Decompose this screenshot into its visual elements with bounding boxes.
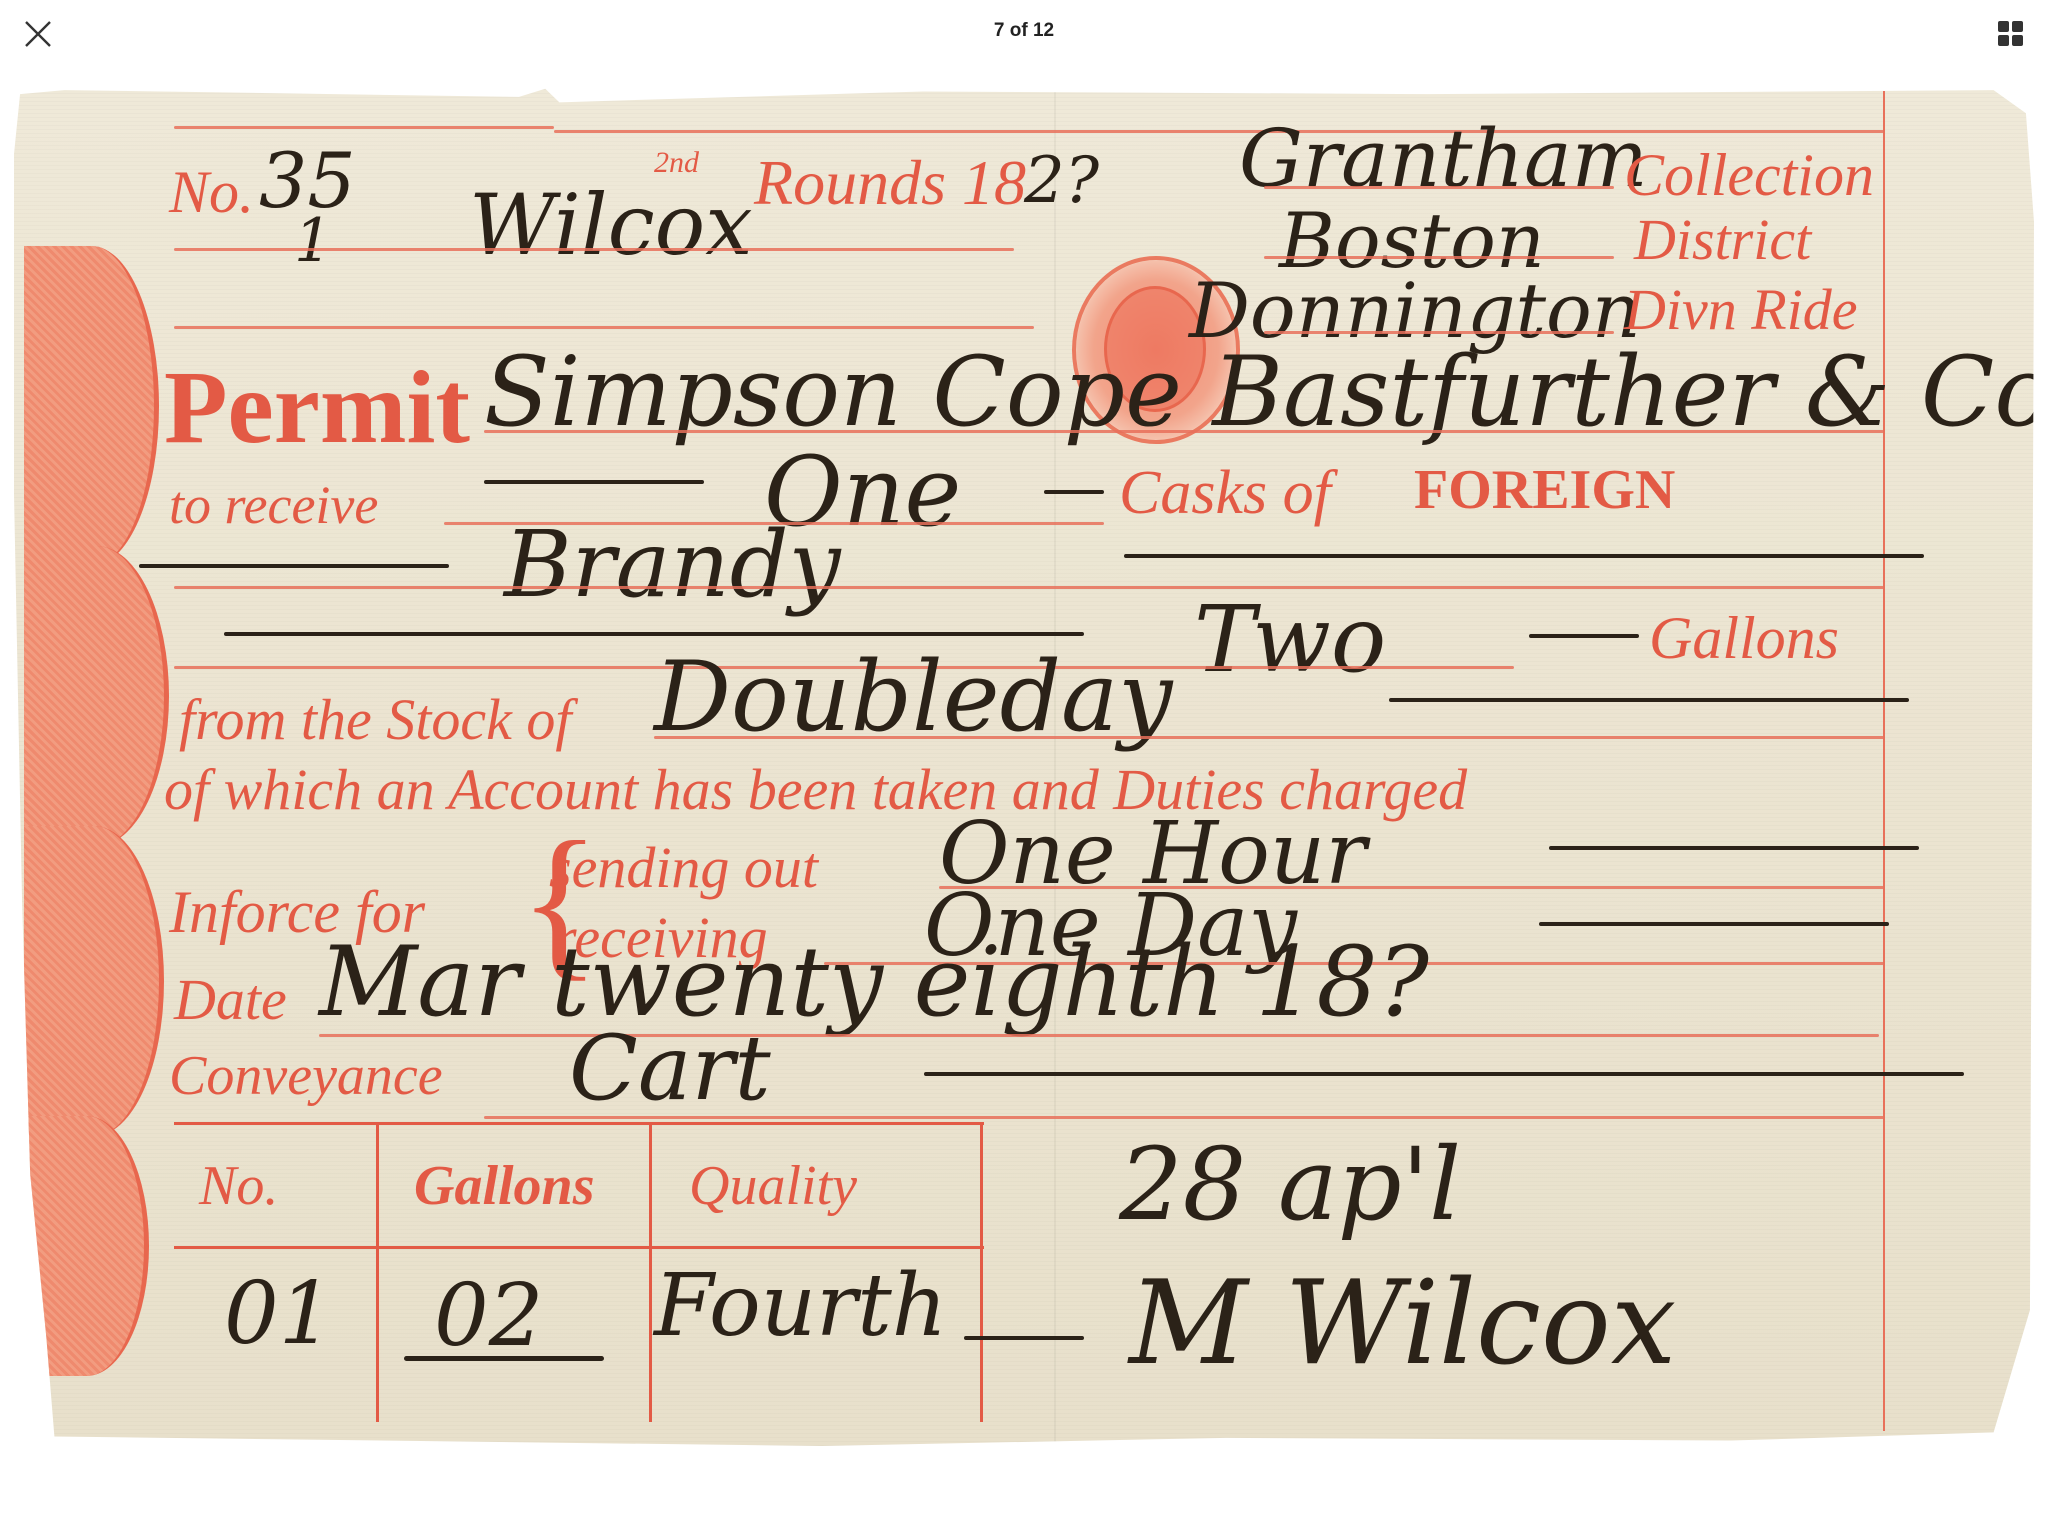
conveyance-label: Conveyance xyxy=(169,1044,443,1108)
table-border xyxy=(174,1246,984,1249)
ink-stroke xyxy=(1549,846,1919,850)
table-cell-quality: Fourth xyxy=(654,1256,947,1356)
receive-label: to receive xyxy=(169,474,378,536)
spirit-value: Brandy xyxy=(504,511,841,618)
ink-stroke xyxy=(964,1336,1084,1340)
issuer-handwriting: Wilcox xyxy=(469,176,753,274)
table-cell-no: 01 xyxy=(224,1264,333,1364)
form-rule xyxy=(1264,331,1614,334)
gallons-value: Two xyxy=(1194,586,1386,693)
sending-label: sending out xyxy=(549,834,818,901)
seal-scallop xyxy=(24,826,164,1136)
ink-stroke xyxy=(1044,490,1104,494)
form-rule xyxy=(484,1116,1884,1119)
form-rule xyxy=(174,126,554,129)
ink-stroke xyxy=(924,1072,1964,1076)
rounds-label: Rounds 18 xyxy=(754,146,1026,220)
collection-value: Grantham xyxy=(1239,112,1648,205)
table-border xyxy=(174,1122,984,1125)
ride-label: Divn Ride xyxy=(1624,276,1858,343)
permit-document-image: No. 35 1 2nd Wilcox Rounds 18 2? Grantha… xyxy=(14,86,2034,1446)
table-cell-gallons: 02 xyxy=(434,1266,543,1366)
form-rule xyxy=(1264,256,1614,259)
form-rule xyxy=(174,586,1884,589)
viewer-toolbar: 7 of 12 xyxy=(0,0,2048,70)
number-sub: 1 xyxy=(294,206,332,276)
ink-underline xyxy=(404,1356,604,1361)
ink-stroke xyxy=(484,480,704,484)
round-ordinal: 2nd xyxy=(654,146,699,180)
signature: M Wilcox xyxy=(1129,1256,1676,1391)
gallons-label: Gallons xyxy=(1649,604,1839,673)
grid-view-icon xyxy=(1997,20,2025,48)
ink-stroke xyxy=(1389,698,1909,702)
decorative-seal-strip xyxy=(24,246,164,1416)
table-border xyxy=(649,1122,652,1422)
date-label: Date xyxy=(174,966,287,1033)
form-rule xyxy=(654,736,1884,739)
date-annotation: 28 ap'l xyxy=(1119,1126,1461,1243)
seal-scallop xyxy=(24,246,159,566)
conveyance-value: Cart xyxy=(569,1016,771,1121)
form-rule xyxy=(174,248,1014,251)
form-rule xyxy=(1264,186,1614,189)
form-rule xyxy=(484,430,1884,433)
seal-scallop xyxy=(24,546,169,846)
foreign-label: FOREIGN xyxy=(1414,458,1675,522)
table-border xyxy=(980,1122,983,1422)
district-label: District xyxy=(1634,206,1811,273)
number-label: No. xyxy=(169,158,254,227)
casks-label: Casks of xyxy=(1119,458,1331,529)
stock-label: from the Stock of xyxy=(179,686,572,753)
seal-scallop xyxy=(24,1116,149,1376)
ink-stroke xyxy=(1539,922,1889,926)
collection-label: Collection xyxy=(1624,141,1874,210)
table-border xyxy=(376,1122,379,1422)
form-rule xyxy=(554,130,1884,133)
ink-stroke xyxy=(139,564,449,568)
permit-label: Permit xyxy=(164,348,470,467)
ink-stroke xyxy=(224,632,1084,636)
table-header-gallons: Gallons xyxy=(414,1154,595,1218)
grid-view-button[interactable] xyxy=(1997,20,2025,48)
table-header-no: No. xyxy=(199,1154,278,1218)
margin-rule xyxy=(1883,91,1885,1431)
ink-stroke xyxy=(1529,634,1639,638)
date-value: Mar twenty eighth 18? xyxy=(319,926,1429,1038)
form-rule xyxy=(174,326,1034,329)
image-counter: 7 of 12 xyxy=(0,20,2048,42)
form-rule xyxy=(319,1034,1879,1037)
rounds-year: 2? xyxy=(1024,144,1099,218)
ink-stroke xyxy=(1124,554,1924,558)
table-header-quality: Quality xyxy=(689,1154,857,1218)
